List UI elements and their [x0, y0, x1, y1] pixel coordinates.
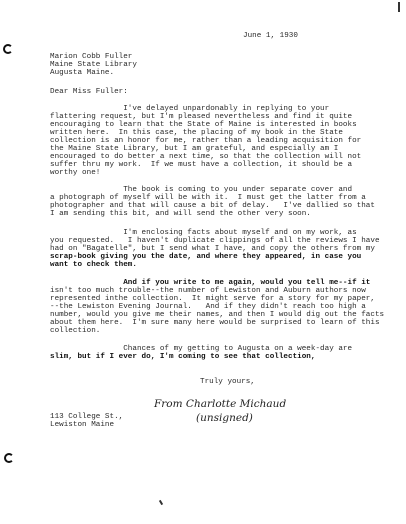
sender-city: Lewiston Maine	[50, 421, 114, 429]
letter-page: June 1, 1930 Marion Cobb Fuller Maine St…	[0, 0, 406, 524]
text-line: I am sending this bit, and will send the…	[50, 210, 311, 218]
recipient-city: Augusta Maine.	[50, 69, 114, 77]
text-line: want to check them.	[50, 261, 137, 269]
ink-mark	[398, 2, 400, 12]
letter-date: June 1, 1930	[243, 32, 298, 40]
text-line: worthy one!	[50, 169, 100, 177]
closing: Truly yours,	[200, 378, 255, 386]
text-line: collection.	[50, 327, 100, 335]
punch-hole-bottom	[4, 453, 14, 463]
ink-mark	[159, 500, 163, 505]
punch-hole-top	[3, 44, 13, 54]
salutation: Dear Miss Fuller:	[50, 88, 128, 96]
text-line: slim, but if I ever do, I'm coming to se…	[50, 353, 315, 361]
signature: From Charlotte Michaud	[154, 398, 286, 410]
signature-note: (unsigned)	[196, 412, 253, 424]
